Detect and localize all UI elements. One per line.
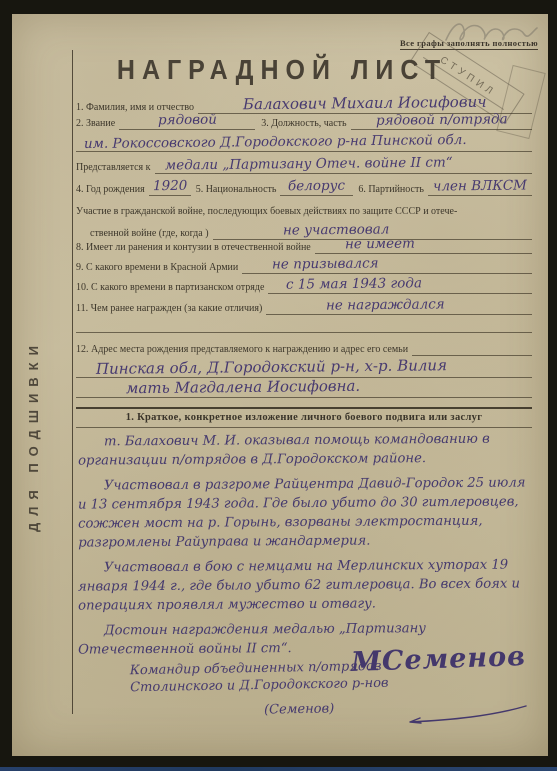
merit-section-heading: 1. Краткое, конкретное изложение личного… (76, 412, 532, 423)
field-wounds-label: 8. Имеет ли ранения и контузии в отечест… (76, 242, 315, 254)
field-birth-year-value: 1920 (152, 179, 187, 193)
field-nationality-value: белорус (288, 179, 345, 194)
field-partisan-row: 10. С какого времени в партизанском отря… (76, 274, 532, 294)
field-address-label: 12. Адрес места рождения представляемого… (76, 344, 412, 356)
section-divider (76, 407, 532, 409)
field-address-row3: мать Магдалена Иосифовна. (76, 378, 532, 398)
merit-narrative: т. Балахович М. И. оказывал помощь коман… (78, 431, 530, 664)
field-rank-value: рядовой (158, 113, 217, 128)
scan-edge-strip (0, 767, 557, 771)
field-position-value: рядовой п/отряда (375, 112, 507, 127)
field-nationality-line: белорус (280, 177, 353, 196)
field-address-row2: Пинская обл, Д.Городокский р-н, х-р. Вил… (76, 358, 532, 378)
field-wounds-value: не имеет (345, 237, 415, 252)
field-name-value: Балахович Михаил Иосифович (243, 95, 487, 112)
binding-rule (72, 50, 73, 714)
field-rank-position-row: 2. Звание рядовой 3. Должность, часть ря… (76, 110, 532, 130)
form-title: НАГРАДНОЙ ЛИСТ (76, 54, 488, 86)
field-nationality-label: 5. Национальность (191, 184, 281, 196)
signature-clarification: (Семенов) (264, 701, 334, 717)
signature-line2: Столинского и Д.Городокского р-нов (130, 675, 389, 697)
field-position-line: рядовой п/отряда (351, 111, 532, 130)
field-redarmy-value: не призывался (272, 256, 379, 271)
field-wounds-line: не имеет (315, 235, 532, 254)
field-presented-label: Представляется к (76, 162, 155, 174)
field-rank-line: рядовой (119, 111, 255, 130)
field-address-value: Пинская обл, Д.Городокский р-н, х-р. Вил… (96, 358, 447, 376)
signature-block: Командир объединенных п/отрядов Столинск… (130, 658, 389, 697)
field-party-label: 6. Партийность (353, 184, 428, 196)
field-redarmy-row: 9. С какого времени в Красной Армии не п… (76, 254, 532, 274)
merit-paragraph: Участвовал в бою с немцами на Мерлинских… (78, 555, 530, 615)
field-awards-value: не награждался (326, 297, 445, 312)
field-civilwar-label1: Участие в гражданской войне, последующих… (76, 206, 532, 217)
field-presented-line: медали „Партизану Отеч. войне II ст“ (155, 155, 533, 174)
field-partisan-line: с 15 мая 1943 года (268, 275, 532, 294)
field-address-value2: мать Магдалена Иосифовна. (126, 379, 360, 395)
field-address-row: 12. Адрес места рождения представляемого… (76, 336, 532, 356)
award-sheet-page: ДЛЯ ПОДШИВКИ Все графы заполнять полност… (12, 14, 548, 756)
field-birth-year-line: 1920 (149, 177, 191, 196)
field-position-row2: им. Рокоссовского Д.Городокского р-на Пи… (76, 132, 532, 152)
commander-autograph: МСеменов (351, 641, 527, 678)
field-wounds-row: 8. Имеет ли ранения и контузии в отечест… (76, 234, 532, 254)
field-partisan-label: 10. С какого времени в партизанском отря… (76, 282, 268, 294)
field-address-line2: Пинская обл, Д.Городокский р-н, х-р. Вил… (76, 359, 532, 378)
field-awards-row: 11. Чем ранее награжден (за какие отличи… (76, 295, 532, 315)
merit-paragraph: Участвовал в разгроме Райцентра Давид-Го… (78, 473, 531, 552)
field-position-line2: им. Рокоссовского Д.Городокского р-на Пи… (76, 133, 532, 152)
field-position-label: 3. Должность, часть (255, 118, 350, 130)
field-year-nat-party-row: 4. Год рождения 1920 5. Национальность б… (76, 176, 532, 196)
field-presented-row: Представляется к медали „Партизану Отеч.… (76, 154, 532, 174)
empty-line (76, 332, 532, 333)
field-rank-label: 2. Звание (76, 118, 119, 130)
field-redarmy-label: 9. С какого времени в Красной Армии (76, 262, 242, 274)
signature-flourish-icon (402, 702, 532, 726)
binding-margin-label: ДЛЯ ПОДШИВКИ (26, 232, 48, 532)
field-position-value2: им. Рокоссовского Д.Городокского р-на Пи… (84, 133, 467, 151)
field-address-line3: мать Магдалена Иосифовна. (76, 379, 532, 398)
merit-heading-rule (76, 427, 532, 428)
empty-ruled-line (76, 313, 532, 333)
merit-paragraph: т. Балахович М. И. оказывал помощь коман… (78, 429, 530, 470)
field-birth-year-label: 4. Год рождения (76, 184, 149, 196)
field-redarmy-line: не призывался (242, 255, 532, 274)
field-party-line: член ВЛКСМ (428, 177, 532, 196)
field-partisan-value: с 15 мая 1943 года (286, 276, 422, 291)
field-presented-value: медали „Партизану Отеч. войне II ст“ (164, 155, 452, 172)
field-party-value: член ВЛКСМ (433, 179, 527, 194)
